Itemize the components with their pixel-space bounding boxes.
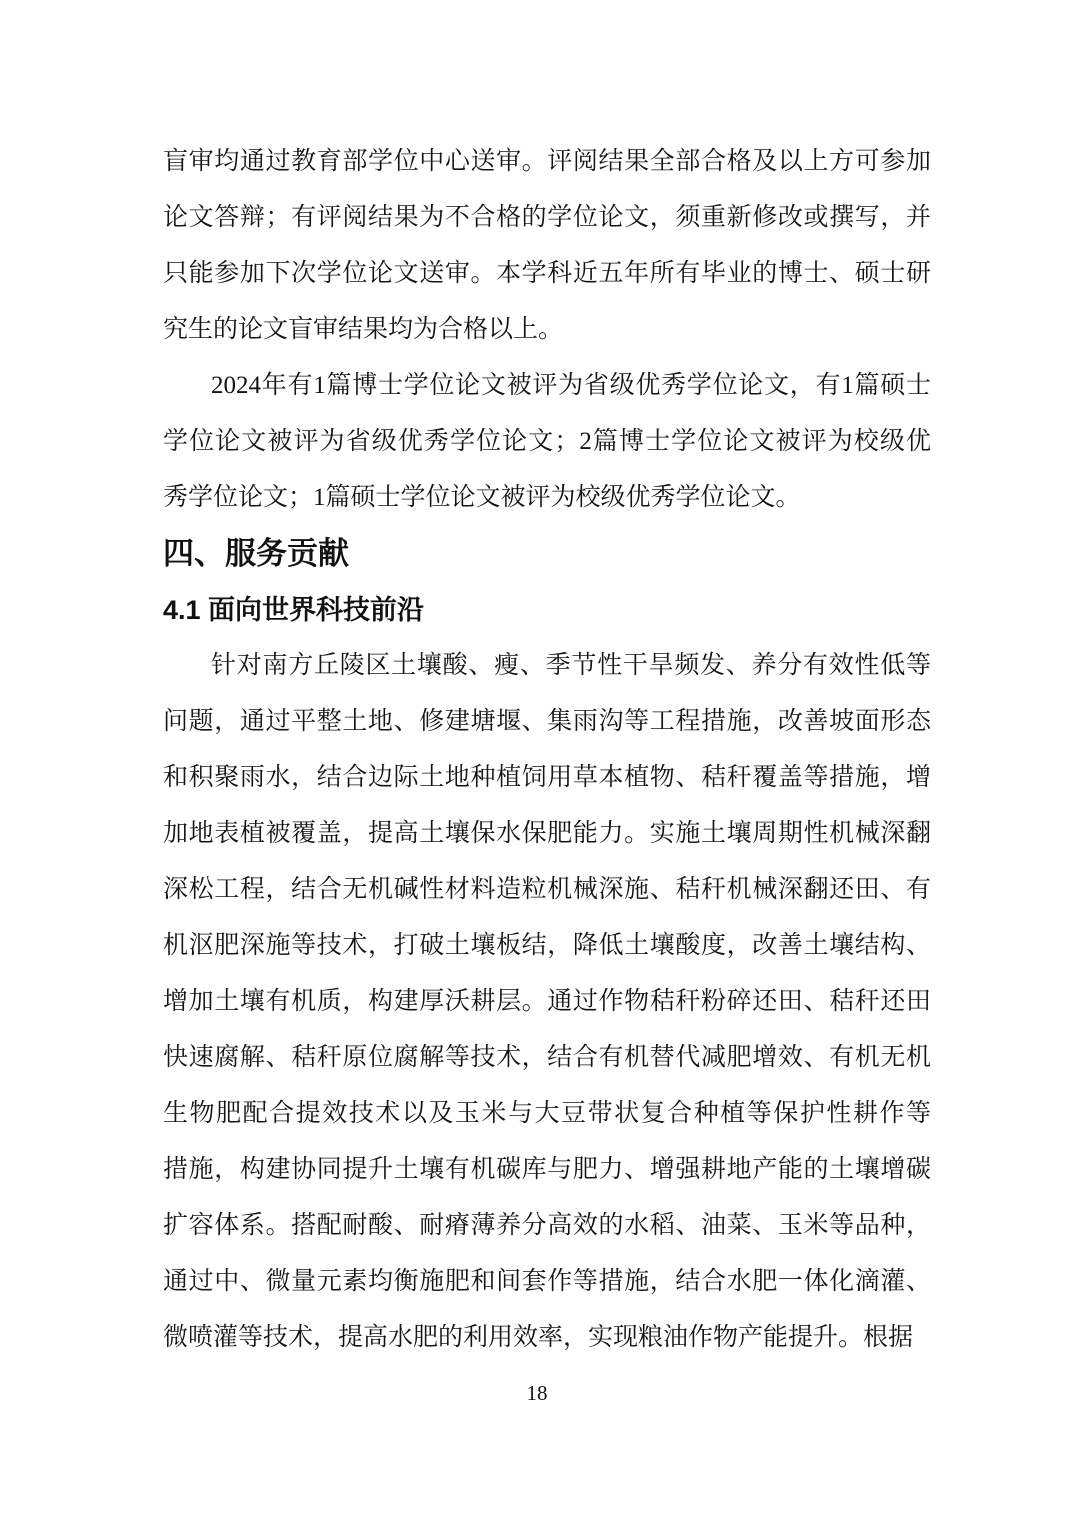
text-line: 2024年有1篇博士学位论文被评为省级优秀学位论文，有1篇硕士 — [163, 358, 931, 414]
text-line: 盲审均通过教育部学位中心送审。评阅结果全部合格及以上方可参加 — [163, 134, 931, 190]
text-line: 和积聚雨水，结合边际土地种植饲用草本植物、秸秆覆盖等措施，增 — [163, 750, 931, 806]
text-line: 通过中、微量元素均衡施肥和间套作等措施，结合水肥一体化滴灌、 — [163, 1254, 931, 1310]
subsection-heading: 4.1 面向世界科技前沿 — [163, 582, 931, 638]
paragraph-blind-review: 盲审均通过教育部学位中心送审。评阅结果全部合格及以上方可参加论文答辩；有评阅结果… — [163, 134, 931, 358]
text-line: 微喷灌等技术，提高水肥的利用效率，实现粮油作物产能提升。根据 — [163, 1310, 931, 1366]
text-line: 深松工程，结合无机碱性材料造粒机械深施、秸秆机械深翻还田、有 — [163, 862, 931, 918]
page-number: 18 — [0, 1381, 1074, 1406]
text-line: 生物肥配合提效技术以及玉米与大豆带状复合种植等保护性耕作等 — [163, 1086, 931, 1142]
text-line: 加地表植被覆盖，提高土壤保水保肥能力。实施土壤周期性机械深翻 — [163, 806, 931, 862]
section-heading: 四、服务贡献 — [163, 526, 931, 582]
text-line: 问题，通过平整土地、修建塘堰、集雨沟等工程措施，改善坡面形态 — [163, 694, 931, 750]
text-line: 增加土壤有机质，构建厚沃耕层。通过作物秸秆粉碎还田、秸秆还田 — [163, 974, 931, 1030]
text-line: 扩容体系。搭配耐酸、耐瘠薄养分高效的水稻、油菜、玉米等品种， — [163, 1198, 931, 1254]
text-line: 针对南方丘陵区土壤酸、瘦、季节性干旱频发、养分有效性低等 — [163, 638, 931, 694]
paragraph-excellent-theses: 2024年有1篇博士学位论文被评为省级优秀学位论文，有1篇硕士学位论文被评为省级… — [163, 358, 931, 526]
text-line: 措施，构建协同提升土壤有机碳库与肥力、增强耕地产能的土壤增碳 — [163, 1142, 931, 1198]
text-line: 究生的论文盲审结果均为合格以上。 — [163, 302, 931, 358]
text-line: 秀学位论文；1篇硕士学位论文被评为校级优秀学位论文。 — [163, 470, 931, 526]
text-line: 论文答辩；有评阅结果为不合格的学位论文，须重新修改或撰写，并 — [163, 190, 931, 246]
text-line: 学位论文被评为省级优秀学位论文；2篇博士学位论文被评为校级优 — [163, 414, 931, 470]
text-line: 机沤肥深施等技术，打破土壤板结，降低土壤酸度，改善土壤结构、 — [163, 918, 931, 974]
paragraph-science-frontier: 针对南方丘陵区土壤酸、瘦、季节性干旱频发、养分有效性低等问题，通过平整土地、修建… — [163, 638, 931, 1366]
page-body: 盲审均通过教育部学位中心送审。评阅结果全部合格及以上方可参加论文答辩；有评阅结果… — [163, 134, 931, 1366]
text-line: 只能参加下次学位论文送审。本学科近五年所有毕业的博士、硕士研 — [163, 246, 931, 302]
document-page: 盲审均通过教育部学位中心送审。评阅结果全部合格及以上方可参加论文答辩；有评阅结果… — [0, 0, 1074, 1520]
text-line: 快速腐解、秸秆原位腐解等技术，结合有机替代减肥增效、有机无机 — [163, 1030, 931, 1086]
